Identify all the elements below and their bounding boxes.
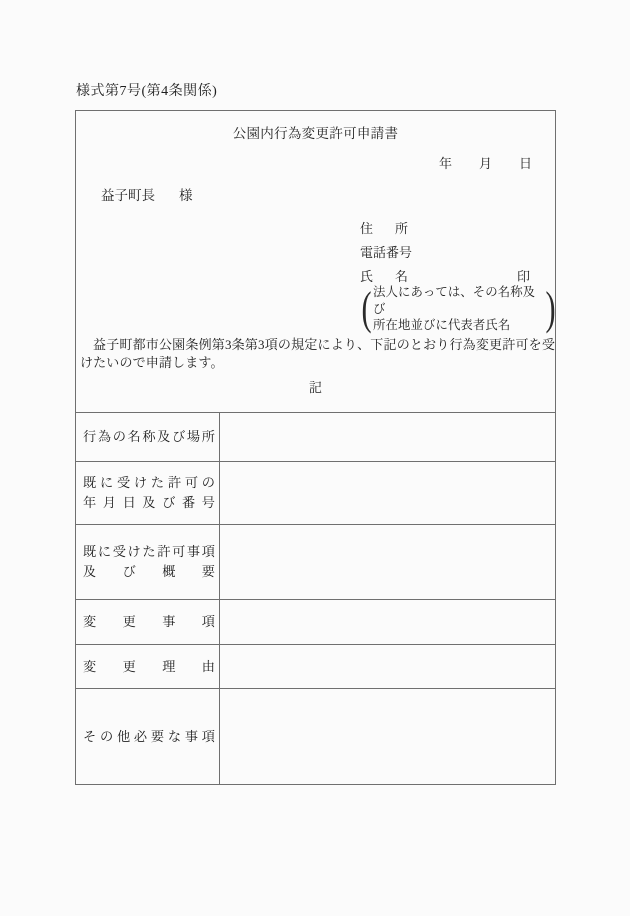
- form-number-label: 様式第7号(第4条関係): [76, 84, 217, 100]
- row-value-prior-permit-items: [220, 525, 555, 600]
- corporate-note-line2: 所在地並びに代表者氏名: [373, 317, 544, 334]
- corporate-note-text: 法人にあっては、その名称及び 所在地並びに代表者氏名: [373, 284, 544, 334]
- form-border-box: 公園内行為変更許可申請書 年 月 日 益子町長 様 住所 電話番号 氏名 印 (…: [75, 110, 556, 785]
- row-label-line: 変更理由: [83, 657, 215, 677]
- row-label-activity: 行為の名称及び場所: [76, 413, 220, 462]
- row-label-line: その他必要な事項: [83, 727, 215, 747]
- record-heading: 記: [76, 380, 555, 396]
- document-page: 様式第7号(第4条関係) 公園内行為変更許可申請書 年 月 日 益子町長 様 住…: [0, 0, 630, 916]
- date-year-label: 年: [439, 156, 452, 172]
- row-label-line: 変更事項: [83, 612, 215, 632]
- date-line: 年 月 日: [439, 156, 532, 172]
- row-value-change-items: [220, 600, 555, 645]
- phone-label: 電話番号: [360, 245, 412, 261]
- row-label-change-reason: 変更理由: [76, 645, 220, 689]
- row-value-change-reason: [220, 645, 555, 689]
- row-value-other-items: [220, 689, 555, 784]
- date-day-label: 日: [519, 156, 532, 172]
- row-label-line: 及び概要: [83, 562, 215, 582]
- corporate-note-line1: 法人にあっては、その名称及び: [373, 284, 544, 317]
- row-label-prior-permit-date: 既に受けた許可の 年月日及び番号: [76, 462, 220, 525]
- applicant-phone-row: 電話番号: [360, 245, 412, 261]
- row-label-line: 年月日及び番号: [83, 493, 215, 513]
- addressee-honorific: 様: [179, 187, 193, 204]
- row-label-line: 行為の名称及び場所: [83, 427, 215, 447]
- row-label-line: 既に受けた許可事項: [83, 542, 215, 562]
- applicant-address-row: 住所: [360, 221, 408, 237]
- application-table: 行為の名称及び場所 既に受けた許可の 年月日及び番号 既に受けた許可事項 及び概…: [75, 412, 556, 785]
- corporate-note: ( 法人にあっては、その名称及び 所在地並びに代表者氏名 ): [362, 284, 555, 334]
- date-month-label: 月: [479, 156, 492, 172]
- addressee-line: 益子町長 様: [101, 187, 231, 204]
- row-label-line: 既に受けた許可の: [83, 473, 215, 493]
- row-label-change-items: 変更事項: [76, 600, 220, 645]
- seal-label: 印: [517, 269, 530, 285]
- bracket-left-icon: (: [363, 287, 369, 330]
- row-label-prior-permit-items: 既に受けた許可事項 及び概要: [76, 525, 220, 600]
- body-paragraph: 益子町都市公園条例第3条第3項の規定により、下記のとおり行為変更許可を受けたいの…: [80, 336, 555, 371]
- addressee-name: 益子町長: [101, 188, 155, 203]
- form-title: 公園内行為変更許可申請書: [76, 126, 555, 142]
- bracket-right-icon: ): [547, 287, 553, 330]
- row-value-prior-permit-date: [220, 462, 555, 525]
- row-label-other-items: その他必要な事項: [76, 689, 220, 784]
- row-value-activity: [220, 413, 555, 462]
- address-label: 住所: [360, 221, 408, 237]
